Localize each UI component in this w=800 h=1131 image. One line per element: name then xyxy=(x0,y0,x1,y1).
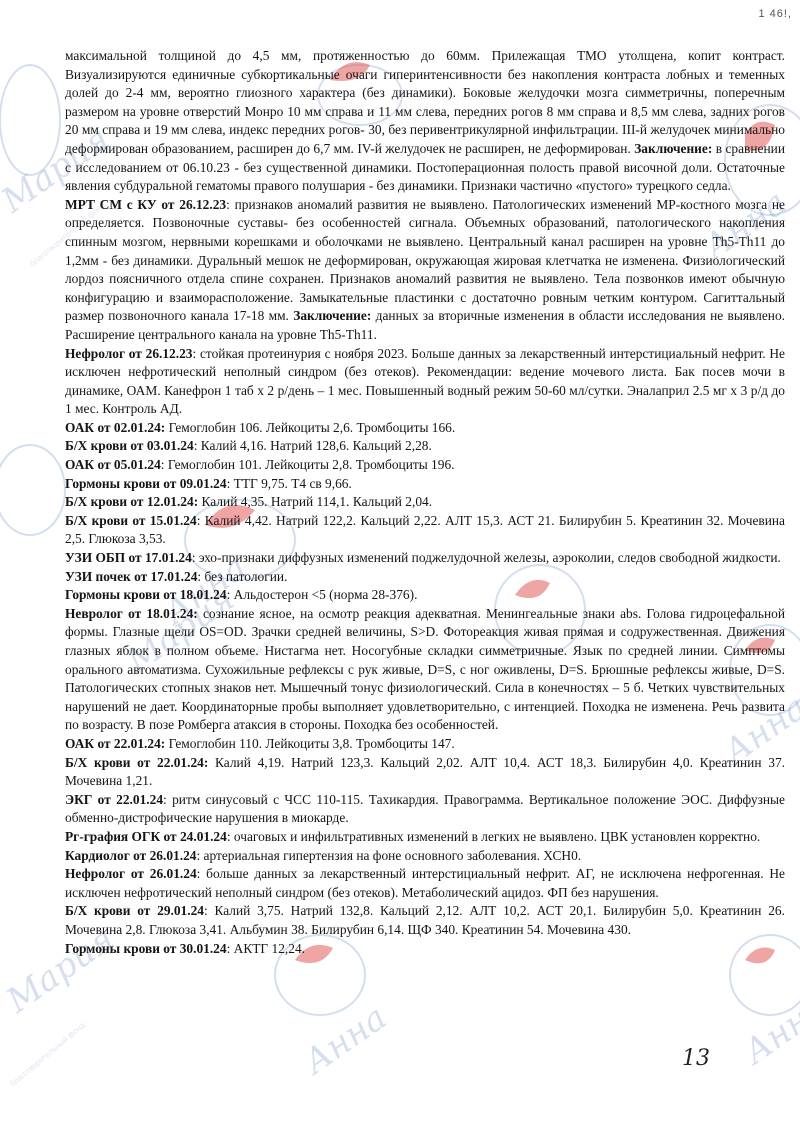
entry-text: : АКТГ 12,24. xyxy=(227,941,305,956)
entry-text: : эхо-признаки диффузных изменений подже… xyxy=(192,550,781,565)
record-entry: УЗИ ОБП от 17.01.24: эхо-признаки диффуз… xyxy=(65,549,785,568)
record-entry: ОАК от 02.01.24: Гемоглобин 106. Лейкоци… xyxy=(65,419,785,438)
entry-title: Б/Х крови от 03.01.24 xyxy=(65,438,194,453)
entry-text: максимальной толщиной до 4,5 мм, протяже… xyxy=(65,48,785,156)
corner-mark: 1 46!, xyxy=(758,8,792,20)
record-entry: ОАК от 05.01.24: Гемоглобин 101. Лейкоци… xyxy=(65,456,785,475)
entry-text: : очаговых и инфильтративных изменений в… xyxy=(227,829,760,844)
entry-title: УЗИ почек от 17.01.24 xyxy=(65,569,197,584)
entry-title: ОАК от 22.01.24: xyxy=(65,736,165,751)
entry-text: : Гемоглобин 101. Лейкоциты 2,8. Тромбоц… xyxy=(161,457,455,472)
record-entry: Рг-графия ОГК от 24.01.24: очаговых и ин… xyxy=(65,828,785,847)
entry-title: Б/Х крови от 22.01.24: xyxy=(65,755,208,770)
record-entry: Б/Х крови от 15.01.24: Калий 4,42. Натри… xyxy=(65,512,785,549)
conclusion-label: Заключение: xyxy=(634,141,712,156)
record-entry: УЗИ почек от 17.01.24: без патологии. xyxy=(65,568,785,587)
entry-text: : ТТГ 9,75. Т4 св 9,66. xyxy=(227,476,352,491)
entry-title: Гормоны крови от 30.01.24 xyxy=(65,941,227,956)
medical-record-text: максимальной толщиной до 4,5 мм, протяже… xyxy=(65,47,785,958)
record-entry: Б/Х крови от 22.01.24: Калий 4,19. Натри… xyxy=(65,754,785,791)
entry-title: Нефролог от 26.01.24 xyxy=(65,866,197,881)
page-number: 13 xyxy=(682,1046,710,1071)
record-entry: Гормоны крови от 09.01.24: ТТГ 9,75. Т4 … xyxy=(65,475,785,494)
watermark-text: Анна xyxy=(737,988,800,1073)
entry-title: Невролог от 18.01.24: xyxy=(65,606,198,621)
record-entry: Б/Х крови от 29.01.24: Калий 3,75. Натри… xyxy=(65,902,785,939)
entry-title: ОАК от 05.01.24 xyxy=(65,457,161,472)
record-entry: ОАК от 22.01.24: Гемоглобин 110. Лейкоци… xyxy=(65,735,785,754)
entry-text: : Альдостерон <5 (норма 28-376). xyxy=(227,587,418,602)
entry-title: Нефролог от 26.12.23 xyxy=(65,346,193,361)
watermark-text: Анна xyxy=(297,998,394,1083)
conclusion-label: Заключение: xyxy=(293,308,371,323)
record-entry: Нефролог от 26.12.23: стойкая протеинури… xyxy=(65,345,785,419)
record-entry: Нефролог от 26.01.24: больше данных за л… xyxy=(65,865,785,902)
record-entry: Невролог от 18.01.24: сознание ясное, на… xyxy=(65,605,785,735)
record-entry: Гормоны крови от 30.01.24: АКТГ 12,24. xyxy=(65,940,785,959)
entry-title: Гормоны крови от 18.01.24 xyxy=(65,587,227,602)
entry-title: ОАК от 02.01.24: xyxy=(65,420,165,435)
entry-title: Б/Х крови от 12.01.24: xyxy=(65,494,198,509)
record-entry: Б/Х крови от 03.01.24: Калий 4,16. Натри… xyxy=(65,437,785,456)
entry-text: : артериальная гипертензия на фоне основ… xyxy=(196,848,581,863)
entry-text: : ритм синусовый с ЧСС 110-115. Тахикард… xyxy=(65,792,785,826)
entry-text: : признаков аномалий развития не выявлен… xyxy=(65,197,785,324)
mri-brain-continuation: максимальной толщиной до 4,5 мм, протяже… xyxy=(65,47,785,196)
entry-title: МРТ СМ с КУ от 26.12.23 xyxy=(65,197,226,212)
entry-text: Калий 4,35. Натрий 114,1. Кальций 2,04. xyxy=(198,494,432,509)
entry-text: Гемоглобин 110. Лейкоциты 3,8. Тромбоцит… xyxy=(165,736,454,751)
entry-title: Кардиолог от 26.01.24 xyxy=(65,848,196,863)
entry-title: Б/Х крови от 29.01.24 xyxy=(65,903,204,918)
record-entry: Гормоны крови от 18.01.24: Альдостерон <… xyxy=(65,586,785,605)
entry-title: Б/Х крови от 15.01.24 xyxy=(65,513,197,528)
entry-title: Рг-графия ОГК от 24.01.24 xyxy=(65,829,227,844)
entry-title: УЗИ ОБП от 17.01.24 xyxy=(65,550,192,565)
entry-text: Гемоглобин 106. Лейкоциты 2,6. Тромбоцит… xyxy=(165,420,455,435)
entry-text: : Калий 4,16. Натрий 128,6. Кальций 2,28… xyxy=(194,438,432,453)
record-entry: Б/Х крови от 12.01.24: Калий 4,35. Натри… xyxy=(65,493,785,512)
entry-text: : без патологии. xyxy=(197,569,287,584)
record-entry: МРТ СМ с КУ от 26.12.23: признаков анома… xyxy=(65,196,785,345)
entry-title: ЭКГ от 22.01.24 xyxy=(65,792,163,807)
record-entry: ЭКГ от 22.01.24: ритм синусовый с ЧСС 11… xyxy=(65,791,785,828)
entry-text: сознание ясное, на осмотр реакция адеква… xyxy=(65,606,785,733)
record-entry: Кардиолог от 26.01.24: артериальная гипе… xyxy=(65,847,785,866)
watermark-caption: благотворительный фонд xyxy=(8,1020,87,1088)
entry-title: Гормоны крови от 09.01.24 xyxy=(65,476,227,491)
